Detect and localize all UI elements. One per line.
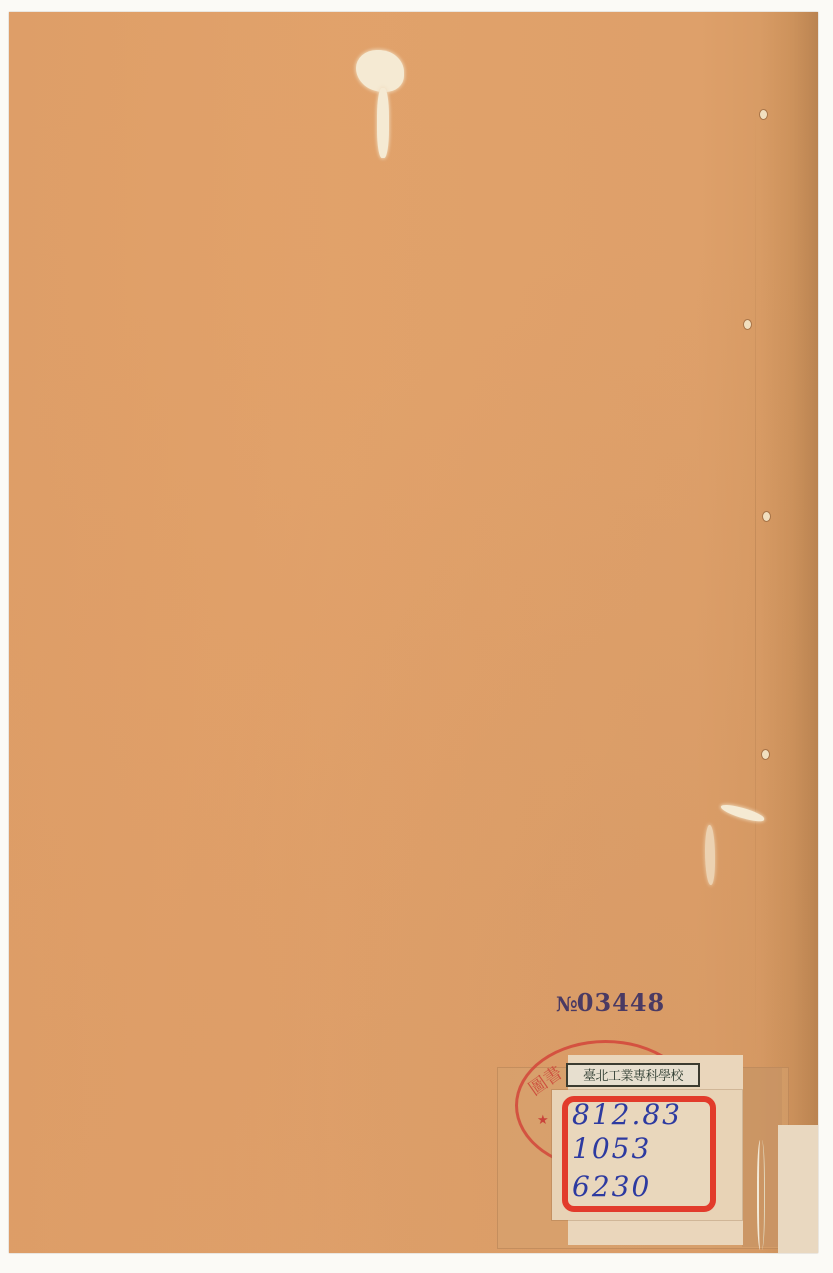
serial-digits: 03448 bbox=[577, 988, 666, 1017]
binding-string bbox=[757, 1140, 765, 1250]
paper-flap bbox=[778, 1125, 818, 1253]
serial-prefix: № bbox=[556, 992, 577, 1016]
serial-number: №03448 bbox=[556, 988, 665, 1017]
binding-hole bbox=[763, 512, 770, 521]
call-number-line-3: 6230 bbox=[572, 1170, 651, 1203]
paper-damage-top-tail bbox=[377, 88, 389, 158]
binding-hole bbox=[744, 320, 751, 329]
call-number-line-1: 812.83 bbox=[572, 1098, 682, 1131]
binding-hole bbox=[762, 750, 769, 759]
call-number-line-2: 1053 bbox=[572, 1132, 651, 1165]
binding-crease bbox=[755, 100, 756, 1060]
star-icon: ★ bbox=[537, 1113, 549, 1128]
institution-label: 臺北工業專科學校 bbox=[566, 1063, 700, 1087]
binding-hole bbox=[760, 110, 767, 119]
paper-damage-right-lower bbox=[705, 825, 715, 885]
